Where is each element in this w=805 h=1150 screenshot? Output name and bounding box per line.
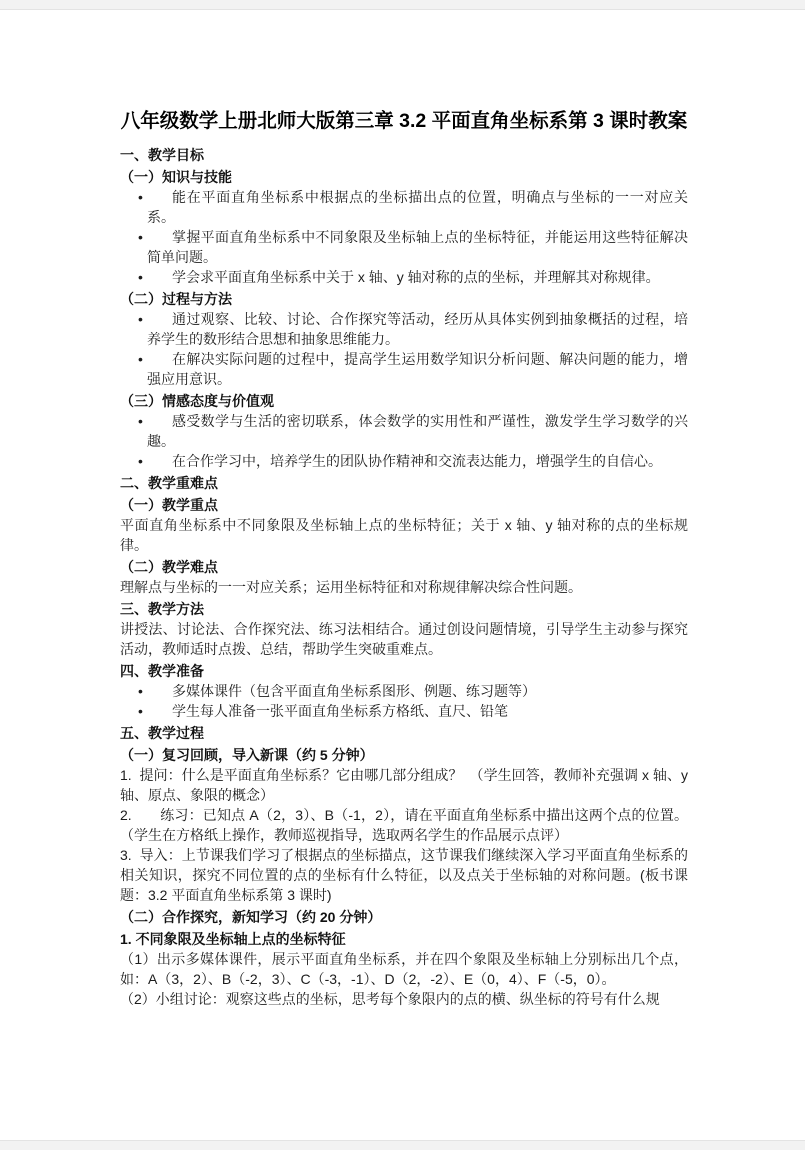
- bullet-item: •通过观察、比较、讨论、合作探究等活动，经历从具体实例到抽象概括的过程，培养学生…: [147, 309, 688, 349]
- bullet-item: •在解决实际问题的过程中，提高学生运用数学知识分析问题、解决问题的能力，增强应用…: [147, 349, 688, 389]
- bullet-text: 能在平面直角坐标系中根据点的坐标描出点的位置，明确点与坐标的一一对应关系。: [147, 189, 688, 225]
- paragraph: 讲授法、讨论法、合作探究法、练习法相结合。通过创设问题情境，引导学生主动参与探究…: [120, 619, 688, 659]
- bullet-text: 在合作学习中，培养学生的团队协作精神和交流表达能力，增强学生的自信心。: [172, 453, 662, 469]
- paragraph: 1. 提问：什么是平面直角坐标系？它由哪几部分组成？ （学生回答，教师补充强调 …: [120, 765, 688, 805]
- bullet-item: •感受数学与生活的密切联系，体会数学的实用性和严谨性，激发学生学习数学的兴趣。: [147, 411, 688, 451]
- sub-heading: （二）过程与方法: [120, 289, 688, 309]
- bullet-icon: •: [138, 681, 143, 701]
- bullet-text: 多媒体课件（包含平面直角坐标系图形、例题、练习题等）: [172, 683, 536, 699]
- sub-heading: （一）复习回顾，导入新课（约 5 分钟）: [120, 745, 688, 765]
- bullet-icon: •: [138, 309, 143, 329]
- minor-heading: 1. 不同象限及坐标轴上点的坐标特征: [120, 929, 688, 949]
- document-page: 八年级数学上册北师大版第三章 3.2 平面直角坐标系第 3 课时教案 一、教学目…: [0, 10, 805, 1140]
- paragraph: 3. 导入：上节课我们学习了根据点的坐标描点，这节课我们继续深入学习平面直角坐标…: [120, 845, 688, 905]
- bullet-icon: •: [138, 451, 143, 471]
- bullet-icon: •: [138, 701, 143, 721]
- bullet-item: •能在平面直角坐标系中根据点的坐标描出点的位置，明确点与坐标的一一对应关系。: [147, 187, 688, 227]
- document-content: 八年级数学上册北师大版第三章 3.2 平面直角坐标系第 3 课时教案 一、教学目…: [0, 10, 805, 1009]
- bullet-item: •掌握平面直角坐标系中不同象限及坐标轴上点的坐标特征，并能运用这些特征解决简单问…: [147, 227, 688, 267]
- paragraph: 平面直角坐标系中不同象限及坐标轴上点的坐标特征；关于 x 轴、y 轴对称的点的坐…: [120, 515, 688, 555]
- page-title: 八年级数学上册北师大版第三章 3.2 平面直角坐标系第 3 课时教案: [120, 108, 688, 134]
- bullet-icon: •: [138, 349, 143, 369]
- sub-heading: （一）教学重点: [120, 495, 688, 515]
- viewer-top-gutter: [0, 0, 805, 10]
- section-heading: 二、教学重难点: [120, 473, 688, 493]
- sub-heading: （三）情感态度与价值观: [120, 391, 688, 411]
- sub-heading: （二）合作探究，新知学习（约 20 分钟）: [120, 907, 688, 927]
- paragraph: 理解点与坐标的一一对应关系；运用坐标特征和对称规律解决综合性问题。: [120, 577, 688, 597]
- section-heading: 三、教学方法: [120, 599, 688, 619]
- section-heading: 四、教学准备: [120, 661, 688, 681]
- bullet-text: 学生每人准备一张平面直角坐标系方格纸、直尺、铅笔: [172, 703, 508, 719]
- bullet-icon: •: [138, 227, 143, 247]
- bullet-item: •学会求平面直角坐标系中关于 x 轴、y 轴对称的点的坐标，并理解其对称规律。: [147, 267, 688, 287]
- section-heading: 一、教学目标: [120, 145, 688, 165]
- bullet-item: •多媒体课件（包含平面直角坐标系图形、例题、练习题等）: [147, 681, 688, 701]
- bullet-text: 通过观察、比较、讨论、合作探究等活动，经历从具体实例到抽象概括的过程，培养学生的…: [147, 311, 688, 347]
- sub-heading: （一）知识与技能: [120, 167, 688, 187]
- sub-heading: （二）教学难点: [120, 557, 688, 577]
- paragraph: 2. 练习：已知点 A（2，3）、B（-1，2），请在平面直角坐标系中描出这两个…: [120, 805, 688, 845]
- paragraph: （2）小组讨论：观察这些点的坐标，思考每个象限内的点的横、纵坐标的符号有什么规: [120, 989, 688, 1009]
- paragraph: （1）出示多媒体课件，展示平面直角坐标系，并在四个象限及坐标轴上分别标出几个点，…: [120, 949, 688, 989]
- bullet-item: •在合作学习中，培养学生的团队协作精神和交流表达能力，增强学生的自信心。: [147, 451, 688, 471]
- section-heading: 五、教学过程: [120, 723, 688, 743]
- bullet-icon: •: [138, 411, 143, 431]
- document-viewer: 八年级数学上册北师大版第三章 3.2 平面直角坐标系第 3 课时教案 一、教学目…: [0, 0, 805, 1150]
- bullet-text: 掌握平面直角坐标系中不同象限及坐标轴上点的坐标特征，并能运用这些特征解决简单问题…: [147, 229, 688, 265]
- document-body: 一、教学目标（一）知识与技能•能在平面直角坐标系中根据点的坐标描出点的位置，明确…: [120, 145, 688, 1009]
- bullet-icon: •: [138, 187, 143, 207]
- bullet-text: 感受数学与生活的密切联系，体会数学的实用性和严谨性，激发学生学习数学的兴趣。: [147, 413, 688, 449]
- viewer-bottom-gutter: [0, 1140, 805, 1150]
- bullet-text: 学会求平面直角坐标系中关于 x 轴、y 轴对称的点的坐标，并理解其对称规律。: [172, 269, 660, 285]
- bullet-text: 在解决实际问题的过程中，提高学生运用数学知识分析问题、解决问题的能力，增强应用意…: [147, 351, 688, 387]
- bullet-item: •学生每人准备一张平面直角坐标系方格纸、直尺、铅笔: [147, 701, 688, 721]
- bullet-icon: •: [138, 267, 143, 287]
